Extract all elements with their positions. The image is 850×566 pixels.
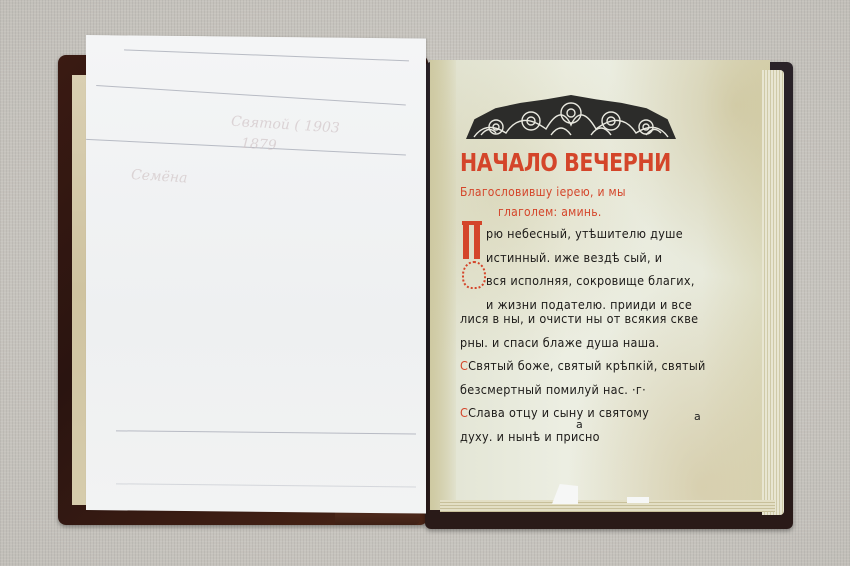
text-line-with-red-initial: ССвятый боже, святый крѣпкій, святый (460, 354, 706, 378)
red-dropcap-initial (462, 221, 482, 281)
text-line: вся исполняя, сокровище благих, (486, 269, 695, 293)
text-line: Слава отцу и сыну и святому (468, 405, 649, 420)
faint-inscription: Семёна (131, 167, 188, 187)
page-fore-edges (762, 70, 784, 515)
full-width-text-lines: лися в ны, и очисти ны от всякия скве рн… (460, 307, 706, 448)
text-line: рны. и спаси блаже душа наша. (460, 331, 706, 355)
faint-inscription: Святой ( 1903 (231, 114, 341, 137)
rubric-line: Благословившу іерею, и мы (460, 182, 690, 202)
book-photo-scene: Святой ( 1903 1879 Семёна НАЧАЛО ВЕЧЕРНИ… (0, 0, 850, 566)
ruled-line (116, 430, 416, 434)
ruled-line (116, 483, 416, 487)
text-line-with-red-initial: ССлава отцу и сыну и святому (460, 401, 706, 425)
ruled-line (96, 85, 406, 105)
text-line: истинный. иже вездѣ сый, и (486, 246, 695, 270)
text-line: рю небесный, утѣшителю душе (486, 222, 695, 246)
text-line: Святый боже, святый крѣпкій, святый (468, 358, 705, 373)
left-blank-page: Святой ( 1903 1879 Семёна (86, 35, 426, 514)
ruled-line (124, 49, 409, 61)
catchword: а (576, 418, 583, 431)
margin-mark: а (694, 410, 701, 423)
page-bottom-edges (440, 500, 775, 512)
rubric-line: глаголем: аминь. (460, 202, 690, 222)
gutter-water-stain (430, 60, 456, 510)
page-text-heading: НАЧАЛО ВЕЧЕРНИ Благословившу іерею, и мы… (460, 148, 690, 222)
red-initial: С (460, 405, 468, 420)
dropcap-flourish (462, 261, 486, 289)
text-line: лися в ны, и очисти ны от всякия скве (460, 307, 706, 331)
vespers-title: НАЧАЛО ВЕЧЕРНИ (460, 148, 649, 178)
page-tear (627, 497, 649, 503)
faint-inscription: 1879 (241, 136, 277, 154)
indented-text-lines: рю небесный, утѣшителю душе истинный. иж… (486, 222, 695, 316)
red-initial: С (460, 358, 468, 373)
text-line: духу. и нынѣ и присно (460, 425, 706, 449)
text-line: безсмертный помилуй нас. ·г· (460, 378, 706, 402)
